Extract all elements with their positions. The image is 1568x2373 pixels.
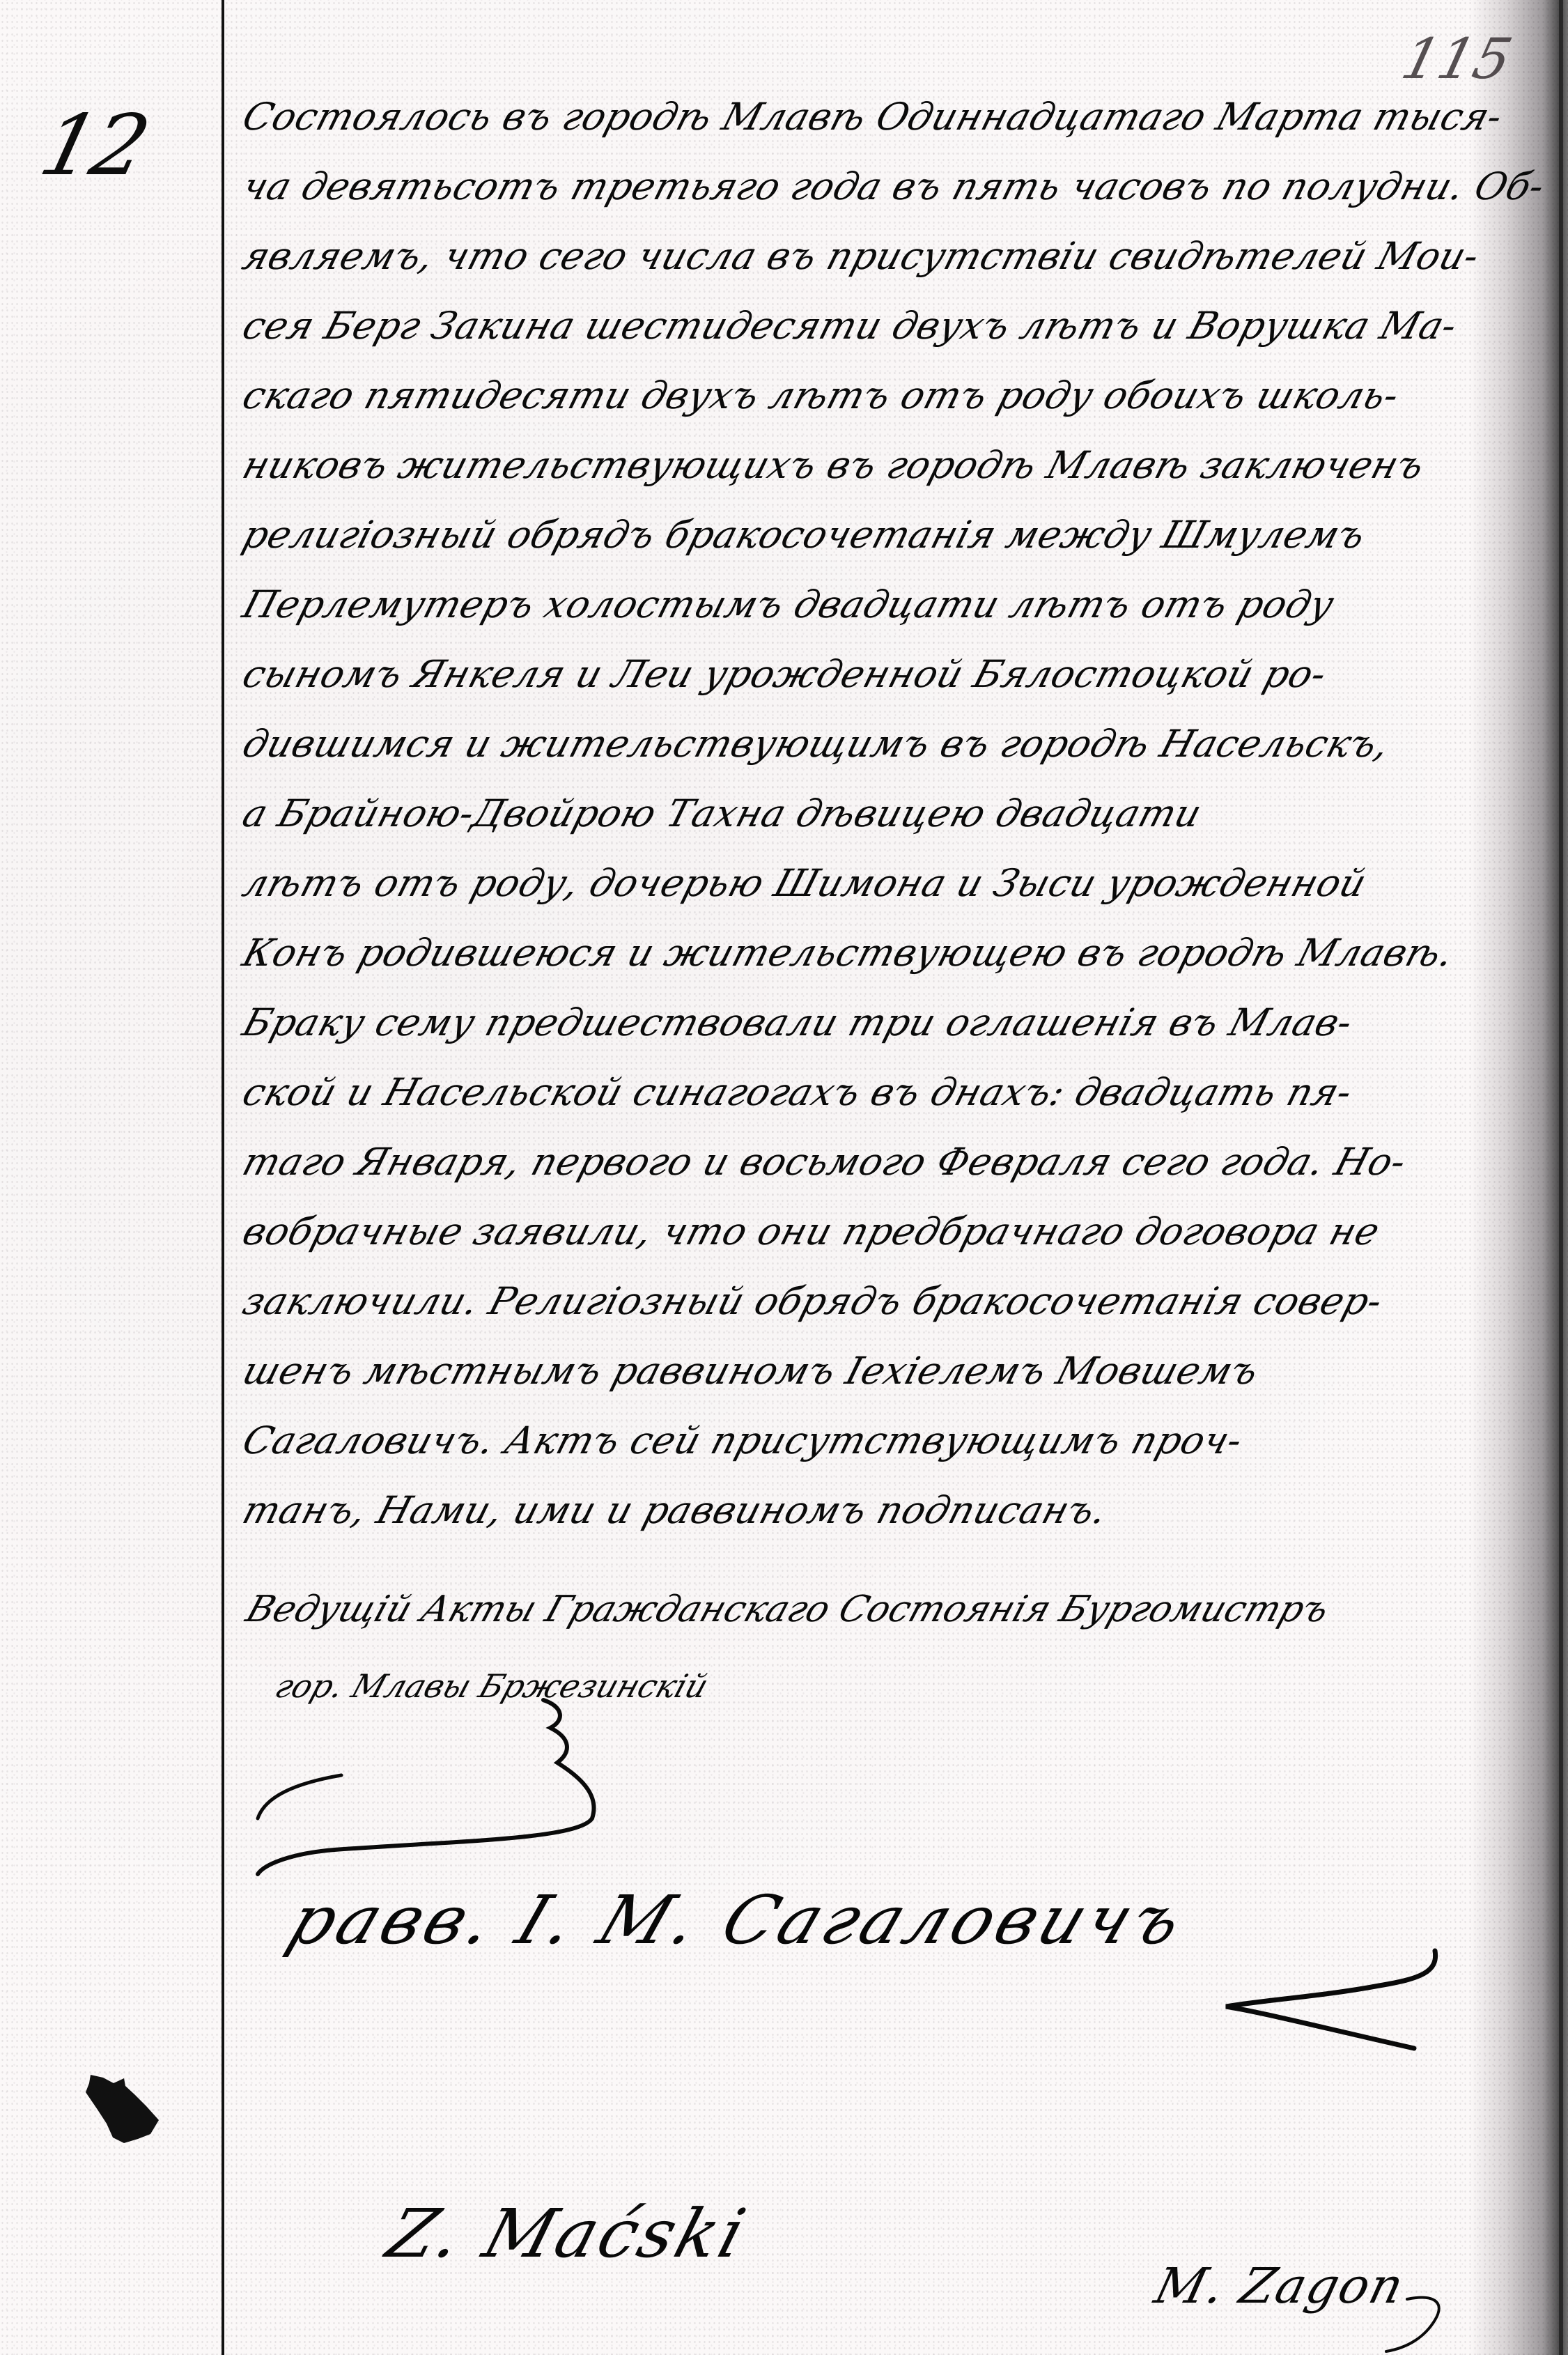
document-page: 12 115 Состоялось въ городѣ Млавѣ Одинна… <box>0 0 1568 2373</box>
witness-signature-1: Z. Maćski <box>379 2195 756 2273</box>
body-line: ской и Насельской синагогахъ въ днахъ: д… <box>234 1058 1508 1127</box>
body-line: заключили. Религіозный обрядъ бракосочет… <box>234 1267 1508 1336</box>
rabbi-upper-flourish <box>251 1770 390 1825</box>
body-line: сея Берг Закина шестидесяти двухъ лѣтъ и… <box>234 291 1508 361</box>
body-line: Сагаловичъ. Актъ сей присутствующимъ про… <box>234 1406 1508 1476</box>
body-line: а Брайною-Двойрою Тахна дѣвицею двадцати <box>234 779 1508 849</box>
body-line: религіозный обрядъ бракосочетанія между … <box>234 500 1508 570</box>
record-body: Состоялось въ городѣ Млавѣ Одиннадцатаго… <box>234 82 1488 1545</box>
body-line: танъ, Нами, ими и раввиномъ подписанъ. <box>234 1476 1508 1545</box>
body-line: скаго пятидесяти двухъ лѣтъ отъ роду обо… <box>234 361 1508 431</box>
ink-blot-icon <box>82 2068 166 2151</box>
body-line: являемъ, что сего числа въ присутствіи с… <box>234 222 1508 291</box>
body-line: Перлемутеръ холостымъ двадцати лѣтъ отъ … <box>234 570 1508 640</box>
scan-bottom-border <box>0 2355 1568 2373</box>
body-line: Браку сему предшествовали три оглашенія … <box>234 988 1508 1058</box>
body-line: вобрачные заявили, что они предбрачнаго … <box>234 1197 1508 1267</box>
body-line: сыномъ Янкеля и Леи урожденной Бялостоцк… <box>234 640 1508 709</box>
body-line: Состоялось въ городѣ Млавѣ Одиннадцатаго… <box>234 82 1508 152</box>
body-line: дившимся и жительствующимъ въ городѣ Нас… <box>234 709 1508 779</box>
body-line: лѣтъ отъ роду, дочерью Шимона и Зыси уро… <box>234 849 1508 918</box>
witness-signature-2: M. Zagon <box>1149 2257 1411 2314</box>
officiant-title: Ведущій Акты Гражданскаго Состоянія Бург… <box>234 1568 1515 1651</box>
body-line: таго Января, первого и восьмого Февраля … <box>234 1127 1508 1197</box>
rabbi-signature: равв. І. М. Сагаловичъ <box>279 1881 1197 1959</box>
witness-2-flourish <box>1379 2292 1477 2355</box>
margin-rule <box>222 0 224 2355</box>
binding-edge <box>1559 0 1563 2373</box>
body-line: ча девятьсотъ третьяго года въ пять часо… <box>234 152 1508 222</box>
body-line: Конъ родившеюся и жительствующею въ горо… <box>234 918 1508 988</box>
rabbi-signature-flourish <box>1087 1944 1449 2055</box>
body-line: никовъ жительствующихъ въ городѣ Млавѣ з… <box>234 431 1508 500</box>
body-line: шенъ мѣстнымъ раввиномъ Іехіелемъ Мовшем… <box>234 1336 1508 1406</box>
